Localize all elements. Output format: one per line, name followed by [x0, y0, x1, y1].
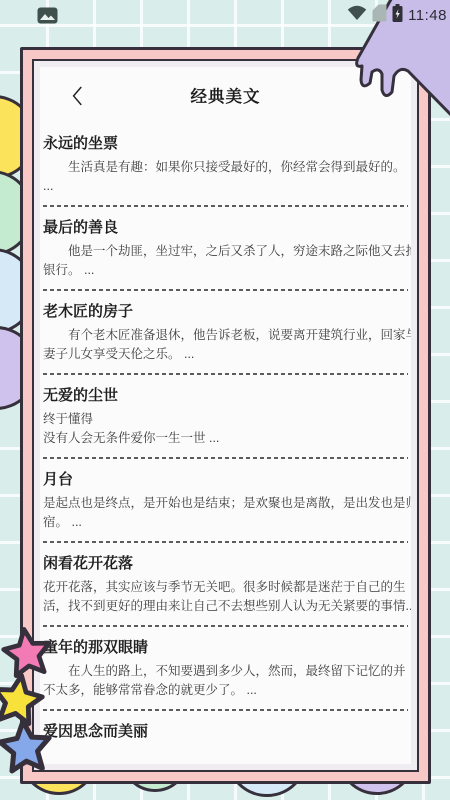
article-list-item[interactable]: 月台 是起点也是终点，是开始也是结束；是欢聚也是离散，是出发也是归 宿。 ... [43, 469, 408, 543]
status-bar: 11:48 [0, 0, 450, 30]
app-header: 〈 经典美文 [43, 67, 408, 123]
article-excerpt: 在人生的路上，不知要遇到多少人，然而，最终留下记忆的并 不太多，能够常常眷念的就… [43, 662, 408, 700]
dashed-divider [43, 625, 408, 627]
article-excerpt: 生活真是有趣：如果你只接受最好的，你经常会得到最好的。 ... [43, 158, 408, 196]
dashed-divider [43, 709, 408, 711]
framed-card: 〈 经典美文 永远的坐票 生活真是有趣：如果你只接受最好的，你经常会得到最好的。… [20, 47, 431, 784]
dashed-divider [43, 205, 408, 207]
photo-icon [37, 7, 58, 29]
article-title: 爱因思念而美丽 [43, 721, 408, 742]
article-list-item[interactable]: 永远的坐票 生活真是有趣：如果你只接受最好的，你经常会得到最好的。 ... [43, 133, 408, 207]
article-list-item[interactable]: 爱因思念而美丽 [43, 721, 408, 742]
article-title: 无爱的尘世 [43, 385, 408, 406]
article-excerpt: 有个老木匠准备退休，他告诉老板，说要离开建筑行业，回家与 妻子儿女享受天伦之乐。… [43, 326, 408, 364]
article-list-item[interactable]: 闲看花开花落 花开花落，其实应该与季节无关吧。很多时候都是迷茫于自己的生 活，找… [43, 553, 408, 627]
dashed-divider [43, 457, 408, 459]
article-title: 永远的坐票 [43, 133, 408, 154]
article-list-item[interactable]: 老木匠的房子 有个老木匠准备退休，他告诉老板，说要离开建筑行业，回家与 妻子儿女… [43, 301, 408, 375]
dashed-divider [43, 289, 408, 291]
article-title: 月台 [43, 469, 408, 490]
no-sim-icon [372, 4, 387, 27]
page-title: 经典美文 [191, 83, 261, 107]
article-list-panel: 〈 经典美文 永远的坐票 生活真是有趣：如果你只接受最好的，你经常会得到最好的。… [40, 67, 411, 764]
article-list-item[interactable]: 童年的那双眼睛 在人生的路上，不知要遇到多少人，然而，最终留下记忆的并 不太多，… [43, 637, 408, 711]
app-page: 〈 经典美文 永远的坐票 生活真是有趣：如果你只接受最好的，你经常会得到最好的。… [32, 59, 419, 772]
article-excerpt: 他是一个劫匪，坐过牢，之后又杀了人，穷途末路之际他又去抢 银行。 ... [43, 242, 408, 280]
article-excerpt: 是起点也是终点，是开始也是结束；是欢聚也是离散，是出发也是归 宿。 ... [43, 494, 408, 532]
article-excerpt: 花开花落，其实应该与季节无关吧。很多时候都是迷茫于自己的生 活，找不到更好的理由… [43, 578, 408, 616]
wifi-icon [347, 5, 367, 26]
article-title: 老木匠的房子 [43, 301, 408, 322]
status-time: 11:48 [408, 7, 447, 24]
article-title: 最后的善良 [43, 217, 408, 238]
dashed-divider [43, 373, 408, 375]
article-list-item[interactable]: 无爱的尘世 终于懂得 没有人会无条件爱你一生一世 ... [43, 385, 408, 459]
back-button[interactable]: 〈 [57, 67, 88, 123]
article-title: 闲看花开花落 [43, 553, 408, 574]
article-list-item[interactable]: 最后的善良 他是一个劫匪，坐过牢，之后又杀了人，穷途末路之际他又去抢 银行。 .… [43, 217, 408, 291]
dashed-divider [43, 541, 408, 543]
article-excerpt: 终于懂得 没有人会无条件爱你一生一世 ... [43, 410, 408, 448]
article-title: 童年的那双眼睛 [43, 637, 408, 658]
battery-charging-icon [392, 4, 403, 27]
